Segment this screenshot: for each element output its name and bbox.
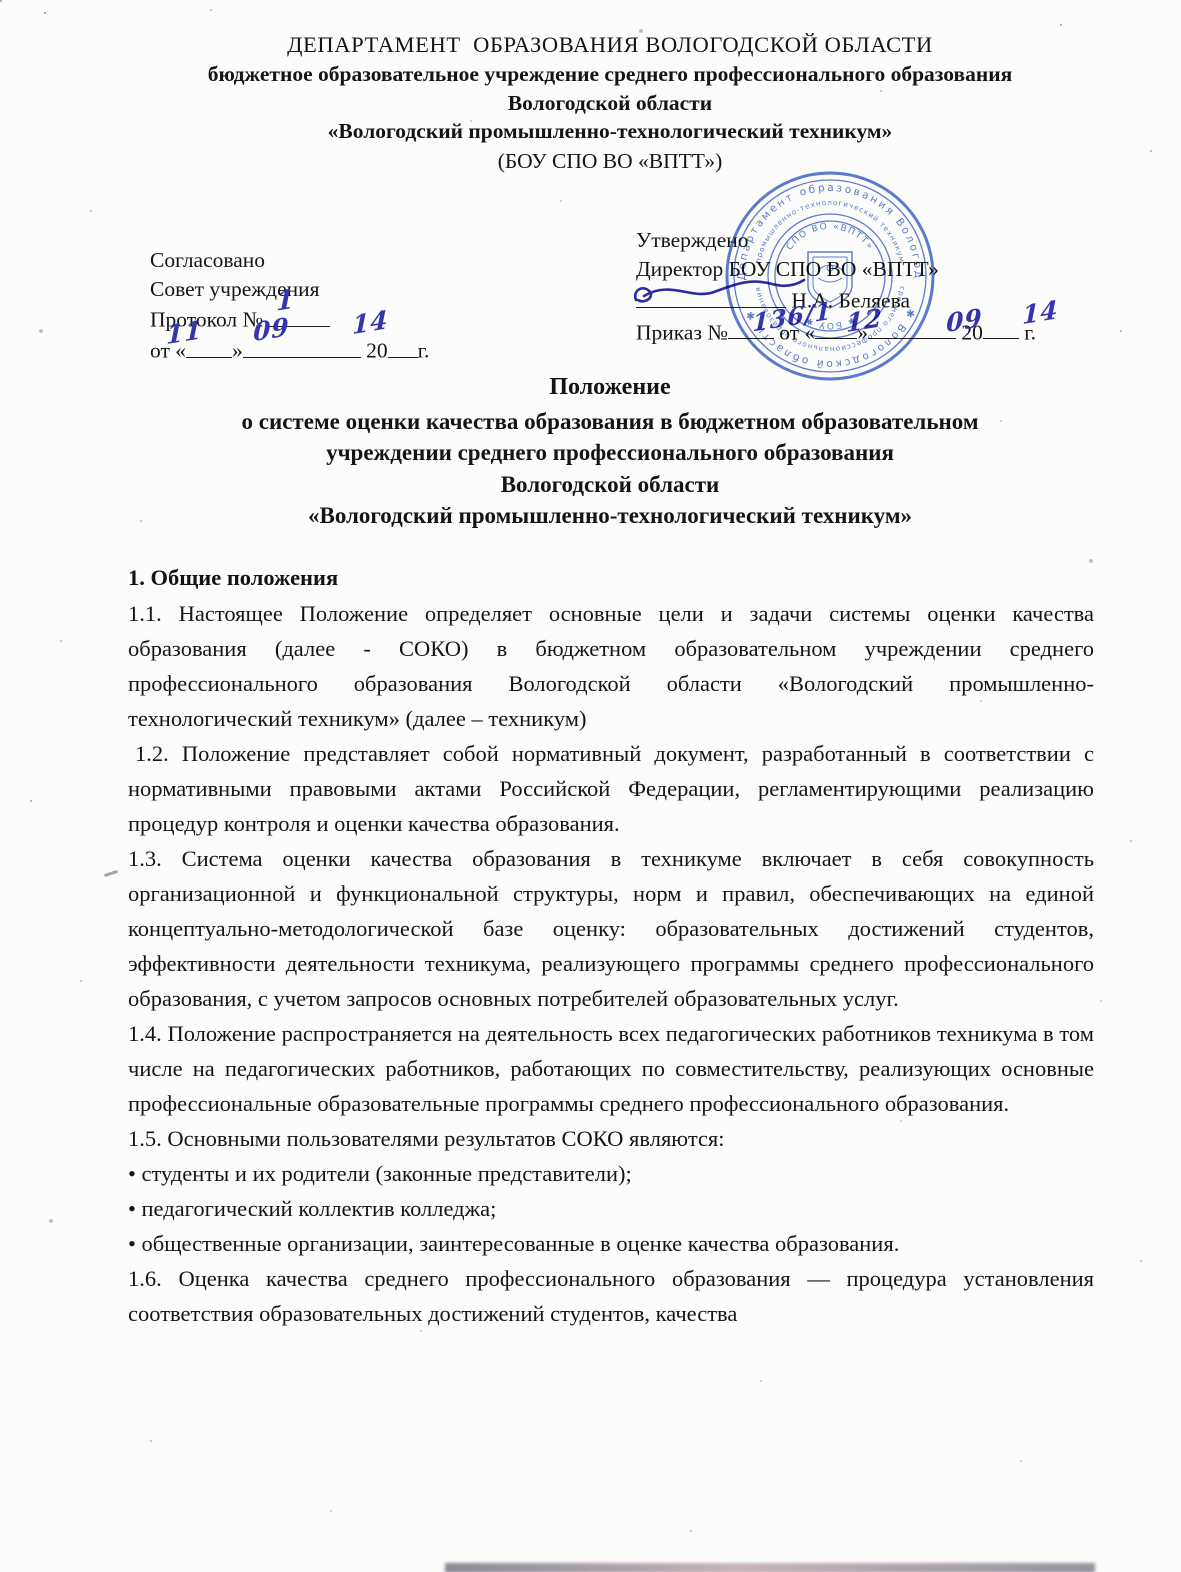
letterhead-abbreviation: (БОУ СПО ВО «ВПТТ»): [98, 147, 1122, 176]
paragraph-1-1: 1.1. Настоящее Положение определяет осно…: [128, 596, 1094, 736]
handwritten-order-year: 14: [1022, 295, 1059, 330]
title-line-2: о системе оценки качества образования в …: [98, 406, 1122, 438]
date-suffix: г.: [418, 339, 430, 363]
bullet-public-orgs: • общественные организации, заинтересова…: [128, 1226, 1094, 1261]
document-title: Положение о системе оценки качества обра…: [98, 372, 1122, 532]
paragraph-1-4: 1.4. Положение распространяется на деяте…: [128, 1016, 1094, 1121]
scan-edge-artifact: [445, 1563, 1095, 1572]
document-body: 1. Общие положения 1.1. Настоящее Положе…: [128, 560, 1094, 1331]
date-close: »: [232, 339, 243, 363]
order-year-line: [983, 316, 1019, 340]
title-line-5: «Вологодский промышленно-технологический…: [98, 500, 1122, 532]
title-word: Положение: [98, 372, 1122, 404]
handwritten-month: 09: [253, 312, 290, 347]
section-1-heading: 1. Общие положения: [128, 560, 1094, 595]
handwritten-order-month: 09: [946, 303, 983, 338]
letterhead-institution-name: «Вологодский промышленно-технологический…: [98, 117, 1122, 146]
letterhead-institution-type: бюджетное образовательное учреждение сре…: [98, 60, 1122, 89]
stamp-ring3-top: СПО ВО «ВПТТ»: [785, 222, 875, 252]
letterhead: ДЕПАРТАМЕНТ ОБРАЗОВАНИЯ ВОЛОГОДСКОЙ ОБЛА…: [98, 30, 1122, 175]
scan-noise: [0, 0, 2, 2]
official-stamp: Департамент образования Вологод ✱ Волого…: [712, 158, 948, 394]
bullet-students: • студенты и их родители (законные предс…: [128, 1156, 1094, 1191]
letterhead-department: ДЕПАРТАМЕНТ ОБРАЗОВАНИЯ ВОЛОГОДСКОЙ ОБЛА…: [98, 30, 1122, 60]
paragraph-1-2: 1.2. Положение представляет собой нормат…: [128, 736, 1094, 841]
title-line-3: учреждении среднего профессионального об…: [98, 437, 1122, 469]
paragraph-1-3: 1.3. Система оценки качества образования…: [128, 841, 1094, 1016]
paragraph-1-6: 1.6. Оценка качества среднего профессион…: [128, 1261, 1094, 1331]
agreed-label: Согласовано: [150, 246, 429, 275]
bullet-pedagogical: • педагогический коллектив колледжа;: [128, 1191, 1094, 1226]
title-line-4: Вологодской области: [98, 469, 1122, 501]
handwritten-day: 11: [166, 315, 203, 350]
year-prefix: 20: [366, 339, 388, 363]
year-line: [388, 334, 418, 358]
letterhead-region: Вологодской области: [98, 89, 1122, 118]
stamp-emblem-shield: [808, 252, 852, 308]
paragraph-1-5: 1.5. Основными пользователями результато…: [128, 1121, 1094, 1156]
handwritten-year: 14: [352, 305, 389, 340]
pencil-mark: [104, 870, 118, 877]
